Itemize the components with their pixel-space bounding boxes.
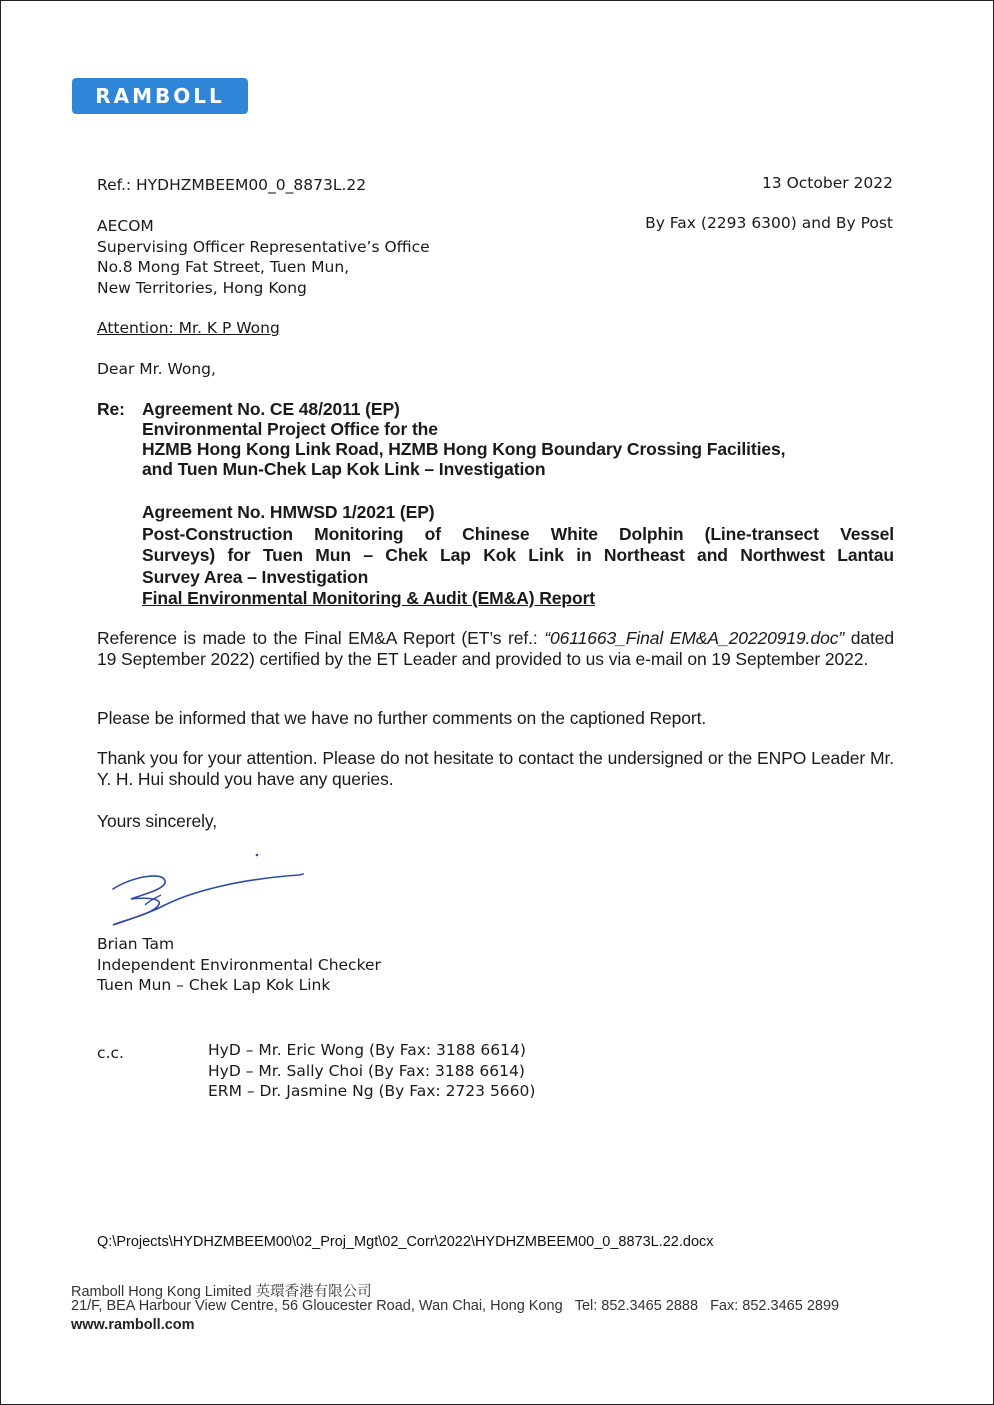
signature-image xyxy=(101,849,311,929)
signatory-title: Independent Environmental Checker xyxy=(97,955,381,976)
signatory-name: Brian Tam xyxy=(97,934,381,955)
delivery-method: By Fax (2293 6300) and By Post xyxy=(645,213,893,234)
footer-tel: Tel: 852.3465 2888 xyxy=(575,1298,698,1314)
salutation: Dear Mr. Wong, xyxy=(97,359,216,380)
subject-project-1: HZMB Hong Kong Link Road, HZMB Hong Kong… xyxy=(142,439,785,459)
subject-project-2: and Tuen Mun-Chek Lap Kok Link – Investi… xyxy=(142,459,785,479)
footer-website[interactable]: www.ramboll.com xyxy=(71,1317,195,1333)
report-title: Final Environmental Monitoring & Audit (… xyxy=(142,588,894,610)
subject-monitoring-1: Post-Construction Monitoring of Chinese … xyxy=(142,524,894,546)
attention-line: Attention: Mr. K P Wong xyxy=(97,318,280,339)
subject-block-2: Agreement No. HMWSD 1/2021 (EP) Post-Con… xyxy=(142,502,894,610)
footer-address: 21/F, BEA Harbour View Centre, 56 Glouce… xyxy=(71,1298,563,1314)
letter-page: RAMBOLL Ref.: HYDHZMBEEM00_0_8873L.22 13… xyxy=(0,0,994,1405)
recipient-address: AECOM Supervising Officer Representative… xyxy=(97,216,430,298)
recipient-company: AECOM xyxy=(97,216,430,237)
closing: Yours sincerely, xyxy=(97,811,217,832)
cc-recipient: ERM – Dr. Jasmine Ng (By Fax: 2723 5660) xyxy=(208,1081,535,1102)
cc-label: c.c. xyxy=(97,1043,124,1064)
report-filename: “0611663_Final EM&A_20220919.doc” xyxy=(544,628,844,648)
recipient-street: No.8 Mong Fat Street, Tuen Mun, xyxy=(97,257,430,278)
recipient-office: Supervising Officer Representative’s Off… xyxy=(97,237,430,258)
letter-date: 13 October 2022 xyxy=(762,173,893,194)
paragraph-no-comments: Please be informed that we have no furth… xyxy=(97,708,706,729)
file-path: Q:\Projects\HYDHZMBEEM00\02_Proj_Mgt\02_… xyxy=(97,1234,714,1250)
footer-fax: Fax: 852.3465 2899 xyxy=(710,1298,839,1314)
subject-agreement-2: Agreement No. HMWSD 1/2021 (EP) xyxy=(142,502,894,524)
cc-recipient: HyD – Mr. Sally Choi (By Fax: 3188 6614) xyxy=(208,1061,535,1082)
paragraph-contact: Thank you for your attention. Please do … xyxy=(97,748,894,789)
para1-start: Reference is made to the Final EM&A Repo… xyxy=(97,628,544,648)
re-label: Re: xyxy=(97,399,125,420)
cc-recipient: HyD – Mr. Eric Wong (By Fax: 3188 6614) xyxy=(208,1040,535,1061)
recipient-region: New Territories, Hong Kong xyxy=(97,278,430,299)
signatory-block: Brian Tam Independent Environmental Chec… xyxy=(97,934,381,996)
cc-list: HyD – Mr. Eric Wong (By Fax: 3188 6614) … xyxy=(208,1040,535,1102)
paragraph-reference: Reference is made to the Final EM&A Repo… xyxy=(97,628,894,669)
reference-number: Ref.: HYDHZMBEEM00_0_8873L.22 xyxy=(97,175,366,196)
subject-office: Environmental Project Office for the xyxy=(142,419,785,439)
signatory-project: Tuen Mun – Chek Lap Kok Link xyxy=(97,975,381,996)
subject-agreement-1: Agreement No. CE 48/2011 (EP) xyxy=(142,399,785,419)
ramboll-logo: RAMBOLL xyxy=(72,78,248,114)
subject-block-1: Agreement No. CE 48/2011 (EP) Environmen… xyxy=(142,399,785,479)
subject-monitoring-2: Surveys) for Tuen Mun – Chek Lap Kok Lin… xyxy=(142,545,894,567)
footer-address-line: 21/F, BEA Harbour View Centre, 56 Glouce… xyxy=(71,1298,839,1314)
subject-monitoring-3: Survey Area – Investigation xyxy=(142,567,894,589)
